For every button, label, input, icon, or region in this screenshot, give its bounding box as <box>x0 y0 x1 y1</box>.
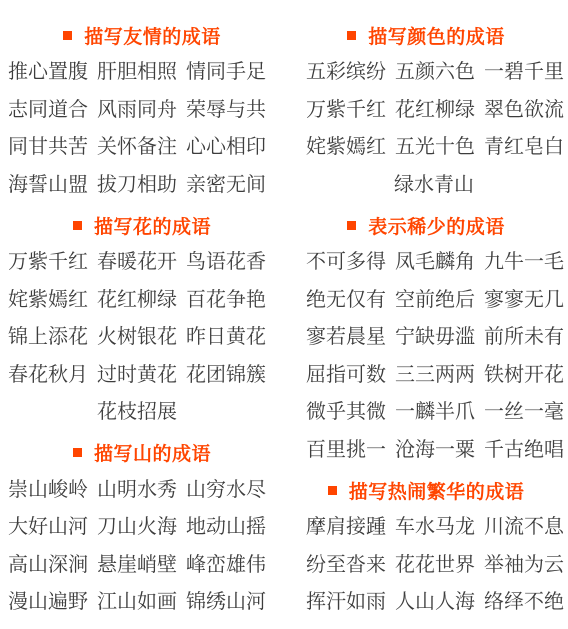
idiom: 寥寥无几 <box>484 283 564 312</box>
idiom: 摩肩接踵 <box>306 510 386 539</box>
idiom-row: 五彩缤纷五颜六色一碧千里 <box>284 51 568 89</box>
section-header: 表示稀少的成语 <box>284 215 568 235</box>
idiom-section: 描写友情的成语推心置腹肝胆相照情同手足志同道合风雨同舟荣辱与共同甘共苦关怀备注心… <box>0 25 284 201</box>
idiom-row: 万紫千红花红柳绿翠色欲流 <box>284 89 568 127</box>
idiom-section: 描写热闹繁华的成语摩肩接踵车水马龙川流不息纷至沓来花花世界举袖为云挥汗如雨人山人… <box>284 480 568 619</box>
idiom: 昨日黄花 <box>186 320 266 349</box>
idiom: 荣辱与共 <box>186 93 266 122</box>
idiom: 百里挑一 <box>306 433 386 462</box>
idiom: 翠色欲流 <box>484 93 564 122</box>
idiom: 高山深涧 <box>8 548 88 577</box>
section-header: 描写热闹繁华的成语 <box>284 480 568 500</box>
idiom-row: 屈指可数三三两两铁树开花 <box>284 354 568 392</box>
idiom: 悬崖峭壁 <box>97 548 177 577</box>
idiom: 绝无仅有 <box>306 283 386 312</box>
idiom: 情同手足 <box>186 55 266 84</box>
idiom-row: 同甘共苦关怀备注心心相印 <box>0 126 284 164</box>
idiom-row: 寥若晨星宁缺毋滥前所未有 <box>284 316 568 354</box>
idiom-row: 绿水青山 <box>284 164 568 202</box>
idiom-row: 微乎其微一麟半爪一丝一毫 <box>284 391 568 429</box>
idiom-section: 描写颜色的成语五彩缤纷五颜六色一碧千里万紫千红花红柳绿翠色欲流姹紫嫣红五光十色青… <box>284 25 568 201</box>
section-title: 表示稀少的成语 <box>368 212 505 239</box>
idiom-row: 高山深涧悬崖峭壁峰峦雄伟 <box>0 544 284 582</box>
idiom: 崇山峻岭 <box>8 473 88 502</box>
idiom: 山明水秀 <box>97 473 177 502</box>
idiom-row: 漫山遍野江山如画锦绣山河 <box>0 581 284 619</box>
idiom: 空前绝后 <box>395 283 475 312</box>
idiom-row: 花枝招展 <box>0 391 284 429</box>
idiom: 宁缺毋滥 <box>395 320 475 349</box>
idiom-row: 绝无仅有空前绝后寥寥无几 <box>284 279 568 317</box>
idiom: 亲密无间 <box>186 168 266 197</box>
idiom-section: 表示稀少的成语不可多得凤毛麟角九牛一毛绝无仅有空前绝后寥寥无几寥若晨星宁缺毋滥前… <box>284 215 568 466</box>
idiom-row: 志同道合风雨同舟荣辱与共 <box>0 89 284 127</box>
section-title: 描写花的成语 <box>94 212 211 239</box>
idiom: 志同道合 <box>8 93 88 122</box>
idiom: 心心相印 <box>186 130 266 159</box>
idiom: 不可多得 <box>306 245 386 274</box>
idiom: 人山人海 <box>395 585 475 614</box>
idiom: 刀山火海 <box>97 510 177 539</box>
idiom: 青红皂白 <box>484 130 564 159</box>
idiom: 火树银花 <box>97 320 177 349</box>
idiom-row: 百里挑一沧海一粟千古绝唱 <box>284 429 568 467</box>
idiom: 微乎其微 <box>306 395 386 424</box>
idiom: 春暖花开 <box>97 245 177 274</box>
idiom: 姹紫嫣红 <box>306 130 386 159</box>
idiom-row: 万紫千红春暖花开鸟语花香 <box>0 241 284 279</box>
section-header: 描写颜色的成语 <box>284 25 568 45</box>
idiom: 车水马龙 <box>395 510 475 539</box>
idiom: 挥汗如雨 <box>306 585 386 614</box>
idiom: 推心置腹 <box>8 55 88 84</box>
idiom: 一丝一毫 <box>484 395 564 424</box>
idiom: 沧海一粟 <box>395 433 475 462</box>
idiom-row: 姹紫嫣红花红柳绿百花争艳 <box>0 279 284 317</box>
idiom: 锦上添花 <box>8 320 88 349</box>
idiom: 千古绝唱 <box>484 433 564 462</box>
left-column: 描写友情的成语推心置腹肝胆相照情同手足志同道合风雨同舟荣辱与共同甘共苦关怀备注心… <box>0 0 284 629</box>
idiom: 漫山遍野 <box>8 585 88 614</box>
idiom: 纷至沓来 <box>306 548 386 577</box>
idiom-row: 春花秋月过时黄花花团锦簇 <box>0 354 284 392</box>
idiom-row: 崇山峻岭山明水秀山穷水尽 <box>0 469 284 507</box>
idiom: 花红柳绿 <box>97 283 177 312</box>
idiom: 三三两两 <box>395 358 475 387</box>
section-title: 描写颜色的成语 <box>368 22 505 49</box>
idiom: 铁树开花 <box>484 358 564 387</box>
idiom: 九牛一毛 <box>484 245 564 274</box>
idiom: 春花秋月 <box>8 358 88 387</box>
idiom: 花枝招展 <box>97 395 177 424</box>
bullet-square-icon <box>347 221 356 230</box>
idiom: 同甘共苦 <box>8 130 88 159</box>
idiom-row: 锦上添花火树银花昨日黄花 <box>0 316 284 354</box>
idiom: 川流不息 <box>484 510 564 539</box>
idiom: 锦绣山河 <box>186 585 266 614</box>
idiom: 百花争艳 <box>186 283 266 312</box>
idiom: 万紫千红 <box>8 245 88 274</box>
idiom: 关怀备注 <box>97 130 177 159</box>
idiom: 五颜六色 <box>395 55 475 84</box>
idiom: 肝胆相照 <box>97 55 177 84</box>
idiom: 山穷水尽 <box>186 473 266 502</box>
idiom: 一碧千里 <box>484 55 564 84</box>
section-header: 描写友情的成语 <box>0 25 284 45</box>
idiom: 一麟半爪 <box>395 395 475 424</box>
idiom: 前所未有 <box>484 320 564 349</box>
idiom: 屈指可数 <box>306 358 386 387</box>
idiom-row: 姹紫嫣红五光十色青红皂白 <box>284 126 568 164</box>
idiom: 江山如画 <box>97 585 177 614</box>
section-title: 描写友情的成语 <box>84 22 221 49</box>
idiom: 绿水青山 <box>394 168 474 197</box>
idiom: 海誓山盟 <box>8 168 88 197</box>
section-header: 描写山的成语 <box>0 443 284 463</box>
idiom: 峰峦雄伟 <box>186 548 266 577</box>
idiom-section: 描写花的成语万紫千红春暖花开鸟语花香姹紫嫣红花红柳绿百花争艳锦上添花火树银花昨日… <box>0 215 284 429</box>
idiom: 五光十色 <box>395 130 475 159</box>
idiom: 举袖为云 <box>484 548 564 577</box>
idiom: 姹紫嫣红 <box>8 283 88 312</box>
section-title: 描写热闹繁华的成语 <box>349 477 525 504</box>
bullet-square-icon <box>347 31 356 40</box>
idiom: 寥若晨星 <box>306 320 386 349</box>
idiom: 花团锦簇 <box>186 358 266 387</box>
idiom-row: 不可多得凤毛麟角九牛一毛 <box>284 241 568 279</box>
idiom: 过时黄花 <box>97 358 177 387</box>
idiom: 地动山摇 <box>186 510 266 539</box>
bullet-square-icon <box>328 486 337 495</box>
idiom-row: 海誓山盟拔刀相助亲密无间 <box>0 164 284 202</box>
idiom-row: 大好山河刀山火海地动山摇 <box>0 506 284 544</box>
idiom-row: 挥汗如雨人山人海络绎不绝 <box>284 581 568 619</box>
idiom: 风雨同舟 <box>97 93 177 122</box>
section-header: 描写花的成语 <box>0 215 284 235</box>
idiom-row: 推心置腹肝胆相照情同手足 <box>0 51 284 89</box>
idiom-row: 纷至沓来花花世界举袖为云 <box>284 544 568 582</box>
idiom-row: 摩肩接踵车水马龙川流不息 <box>284 506 568 544</box>
bullet-square-icon <box>73 221 82 230</box>
idiom-section: 描写山的成语崇山峻岭山明水秀山穷水尽大好山河刀山火海地动山摇高山深涧悬崖峭壁峰峦… <box>0 443 284 619</box>
section-title: 描写山的成语 <box>94 439 211 466</box>
bullet-square-icon <box>73 448 82 457</box>
idiom: 鸟语花香 <box>186 245 266 274</box>
right-column: 描写颜色的成语五彩缤纷五颜六色一碧千里万紫千红花红柳绿翠色欲流姹紫嫣红五光十色青… <box>284 0 568 629</box>
idiom: 万紫千红 <box>306 93 386 122</box>
idiom-sheet: 描写友情的成语推心置腹肝胆相照情同手足志同道合风雨同舟荣辱与共同甘共苦关怀备注心… <box>0 0 568 629</box>
idiom: 凤毛麟角 <box>395 245 475 274</box>
idiom: 大好山河 <box>8 510 88 539</box>
idiom: 花红柳绿 <box>395 93 475 122</box>
idiom: 络绎不绝 <box>484 585 564 614</box>
bullet-square-icon <box>63 31 72 40</box>
idiom: 拔刀相助 <box>97 168 177 197</box>
idiom: 五彩缤纷 <box>306 55 386 84</box>
idiom: 花花世界 <box>395 548 475 577</box>
